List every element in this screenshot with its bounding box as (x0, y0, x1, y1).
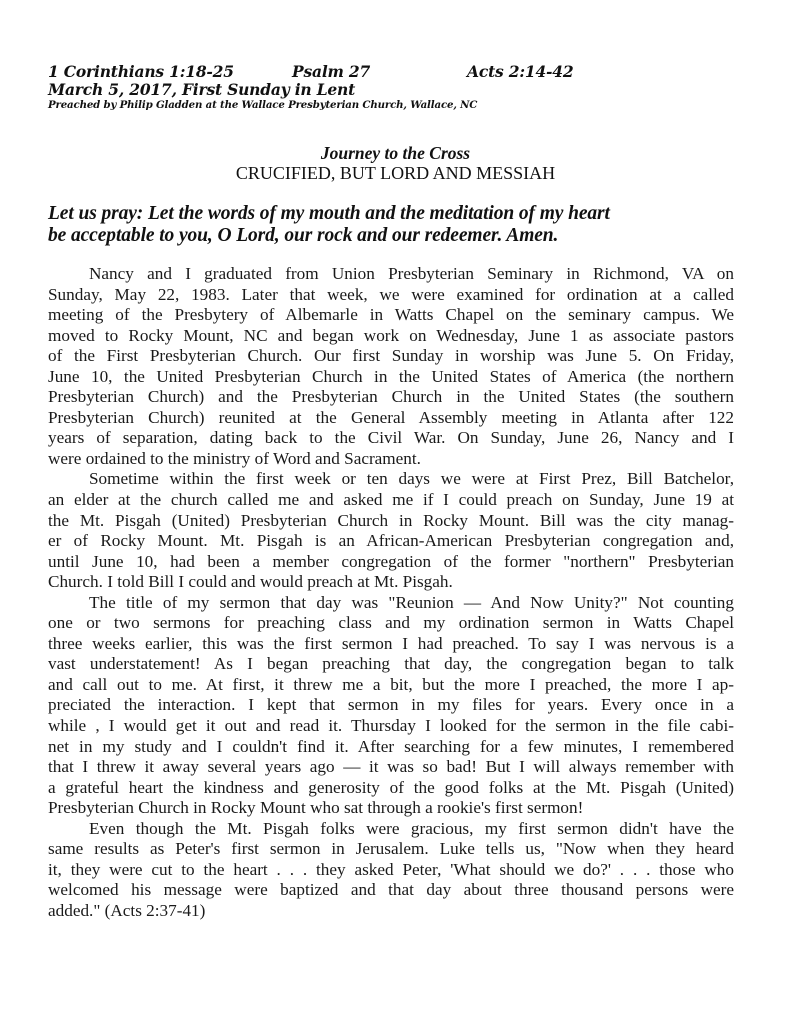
body-line: June 10, the United Presbyterian Church … (48, 367, 734, 388)
reading-epistle: 1 Corinthians 1:18-25 (48, 62, 234, 81)
sermon-body: Nancy and I graduated from Union Presbyt… (48, 264, 738, 922)
body-line: the Mt. Pisgah (United) Presbyterian Chu… (48, 511, 734, 532)
body-line: that I threw it away several years ago —… (48, 757, 734, 778)
body-line: Nancy and I graduated from Union Presbyt… (48, 264, 734, 285)
body-line: a grateful heart the kindness and genero… (48, 778, 734, 799)
body-line: moved to Rocky Mount, NC and began work … (48, 326, 734, 347)
body-line: Presbyterian Church in Rocky Mount who s… (48, 798, 734, 819)
body-line: er of Rocky Mount. Mt. Pisgah is an Afri… (48, 531, 734, 552)
body-line: vast understatement! As I began preachin… (48, 654, 734, 675)
sermon-title: CRUCIFIED, BUT LORD AND MESSIAH (0, 163, 791, 184)
opening-prayer-line-1: Let us pray: Let the words of my mouth a… (48, 203, 610, 225)
series-title: Journey to the Cross (0, 143, 791, 164)
body-line: added." (Acts 2:37-41) (48, 901, 734, 922)
body-line: were ordained to the ministry of Word an… (48, 449, 734, 470)
reading-psalm: Psalm 27 (292, 62, 370, 81)
body-line: while , I would get it out and read it. … (48, 716, 734, 737)
body-line: of the First Presbyterian Church. Our fi… (48, 346, 734, 367)
body-line: Presbyterian Church) reunited at the Gen… (48, 408, 734, 429)
body-line: three weeks earlier, this was the first … (48, 634, 734, 655)
body-line: years of separation, dating back to the … (48, 428, 734, 449)
reading-acts: Acts 2:14-42 (467, 62, 573, 81)
document-page: 1 Corinthians 1:18-25 Psalm 27 Acts 2:14… (0, 0, 791, 1024)
body-line: Church. I told Bill I could and would pr… (48, 572, 734, 593)
body-line: and call out to me. At first, it threw m… (48, 675, 734, 696)
body-line: same results as Peter's first sermon in … (48, 839, 734, 860)
body-line: until June 10, had been a member congreg… (48, 552, 734, 573)
sermon-date: March 5, 2017, First Sunday in Lent (48, 80, 355, 99)
opening-prayer-line-2: be acceptable to you, O Lord, our rock a… (48, 225, 558, 247)
body-line: preciated the interaction. I kept that s… (48, 695, 734, 716)
body-line: one or two sermons for preaching class a… (48, 613, 734, 634)
body-line: Presbyterian Church) and the Presbyteria… (48, 387, 734, 408)
body-line: meeting of the Presbytery of Albemarle i… (48, 305, 734, 326)
body-line: it, they were cut to the heart . . . the… (48, 860, 734, 881)
body-line: Sunday, May 22, 1983. Later that week, w… (48, 285, 734, 306)
body-line: The title of my sermon that day was "Reu… (48, 593, 734, 614)
body-line: net in my study and I couldn't find it. … (48, 737, 734, 758)
body-line: welcomed his message were baptized and t… (48, 880, 734, 901)
body-line: an elder at the church called me and ask… (48, 490, 734, 511)
body-line: Even though the Mt. Pisgah folks were gr… (48, 819, 734, 840)
body-line: Sometime within the first week or ten da… (48, 469, 734, 490)
preacher-line: Preached by Philip Gladden at the Wallac… (48, 99, 477, 111)
